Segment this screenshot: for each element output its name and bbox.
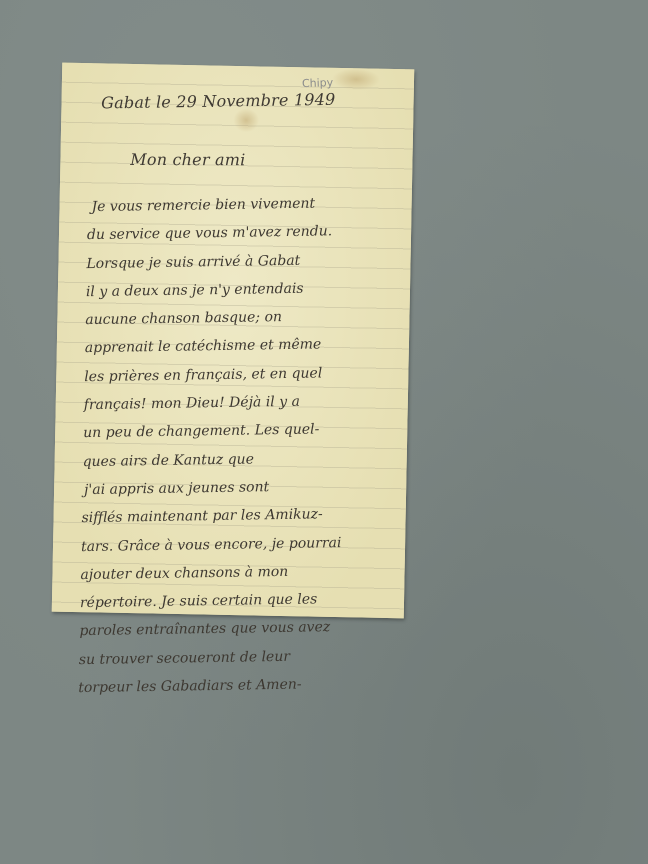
paper-stain [332,68,380,91]
letter-line: torpeur les Gabadiars et Amen- [78,669,408,702]
letter-page: Chipy Gabat le 29 Novembre 1949 Mon cher… [52,63,414,619]
letter-salutation: Mon cher ami [130,150,245,169]
paper-stain [233,108,259,132]
letter-dateline: Gabat le 29 Novembre 1949 [101,90,335,113]
letter-line: sifflés maintenant par les Amikuz- [81,499,411,532]
archive-pencil-note: Chipy [302,76,334,90]
letter-line: du service que vous m'avez rendu. [87,216,417,249]
letter-body: Je vous remercie bien vivement du servic… [78,193,418,709]
